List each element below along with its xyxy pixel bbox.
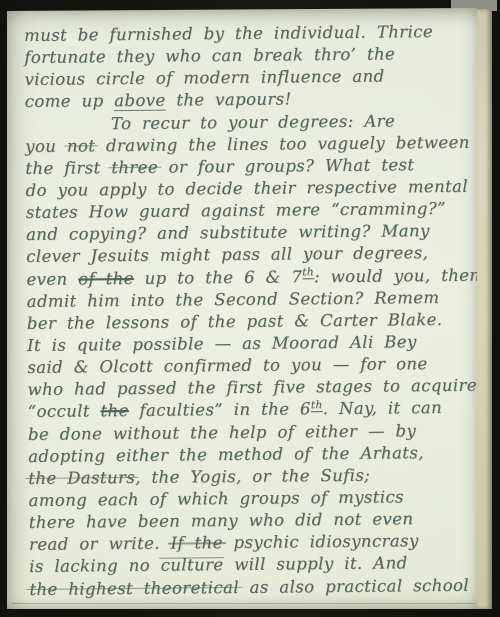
letter-text-segment: the vapours!: [166, 90, 292, 110]
letter-text-segment: read or write.: [29, 534, 171, 554]
letter-line: must be furnished by the individual. Thr…: [24, 21, 473, 47]
letter-text-segment: not: [67, 135, 96, 157]
superscript-ordinal: th: [311, 399, 323, 412]
letter-text-segment: : would you, then,: [314, 265, 486, 286]
letter-text-segment: admit him into the Second Section? Remem: [27, 288, 440, 311]
letter-text-segment: , the Yogis, or the Sufis;: [135, 466, 370, 487]
letter-text-segment: and copying? and substitute writing? Man…: [26, 221, 430, 244]
letter-text-segment: said & Olcott confirmed to you — for one: [27, 354, 427, 377]
letter-text-segment: the Dasturs: [28, 467, 135, 490]
letter-text-segment: the highest theoretical: [29, 576, 239, 600]
letter-text-segment: of the: [78, 269, 134, 289]
letter-paper: must be furnished by the individual. Thr…: [7, 8, 477, 609]
page-edge-strip: [477, 9, 492, 609]
letter-text-segment: as also practical school: [239, 575, 469, 596]
letter-text-segment: states How guard against mere “cramming?…: [26, 199, 446, 222]
letter-text-segment: three: [111, 157, 158, 180]
scanned-letter-photo: must be furnished by the individual. Thr…: [0, 0, 500, 617]
letter-text-segment: psychic idiosyncrasy: [223, 531, 419, 552]
letter-text-segment: . Nay, it can: [323, 398, 443, 418]
letter-text-segment: must be furnished by the individual. Thr…: [24, 22, 433, 45]
letter-text-segment: It is quite possible — as Moorad Ali Bey: [27, 332, 417, 355]
letter-text-segment: up to the 6 & 7: [134, 267, 303, 288]
letter-text-segment: vicious circle of modern influence and: [24, 67, 384, 89]
letter-text-segment: the first: [25, 158, 111, 178]
letter-text-segment: culture: [161, 554, 224, 577]
letter-text-segment: among each of which groups of mystics: [28, 487, 404, 510]
letter-text-segment: clever Jesuits might pass all your degre…: [26, 244, 428, 267]
letter-text-segment: adopting either the method of the Arhats…: [28, 443, 424, 466]
letter-text-segment: will supply it. And: [223, 554, 407, 575]
letter-text-segment: even: [26, 269, 78, 288]
letter-text-segment: come up: [25, 92, 115, 112]
letter-text-segment: is lacking no: [29, 556, 161, 576]
letter-text-segment: the: [100, 401, 128, 420]
letter-text-segment: drawing the lines too vaguely between: [95, 132, 470, 155]
letter-lines: must be furnished by the individual. Thr…: [24, 21, 479, 601]
letter-text-segment: faculties” in the 6: [129, 400, 311, 421]
letter-text-segment: there have been many who did not even: [29, 509, 414, 532]
letter-text-segment: ber the lessons of the past & Carter Bla…: [27, 310, 443, 333]
letter-text-segment: To recur to your degrees: Are: [111, 111, 395, 133]
letter-text-segment: or four groups? What test: [158, 155, 415, 176]
superscript-ordinal: th: [302, 266, 314, 279]
letter-line: adopting either the method of the Arhats…: [28, 441, 477, 467]
letter-text-segment: who had passed the first five stages to …: [27, 376, 477, 399]
letter-text-segment: “occult: [28, 402, 101, 422]
letter-text-segment: If the: [170, 532, 223, 555]
letter-text-segment: above: [114, 91, 166, 111]
letter-text-segment: fortunate they who can break thro’ the: [24, 45, 395, 68]
letter-text-segment: do you apply to decide their respective …: [25, 177, 468, 200]
letter-line: the highest theoretical as also practica…: [29, 574, 478, 600]
letter-text-segment: be done without the help of either — by: [28, 421, 416, 444]
letter-text-segment: you: [25, 136, 67, 155]
